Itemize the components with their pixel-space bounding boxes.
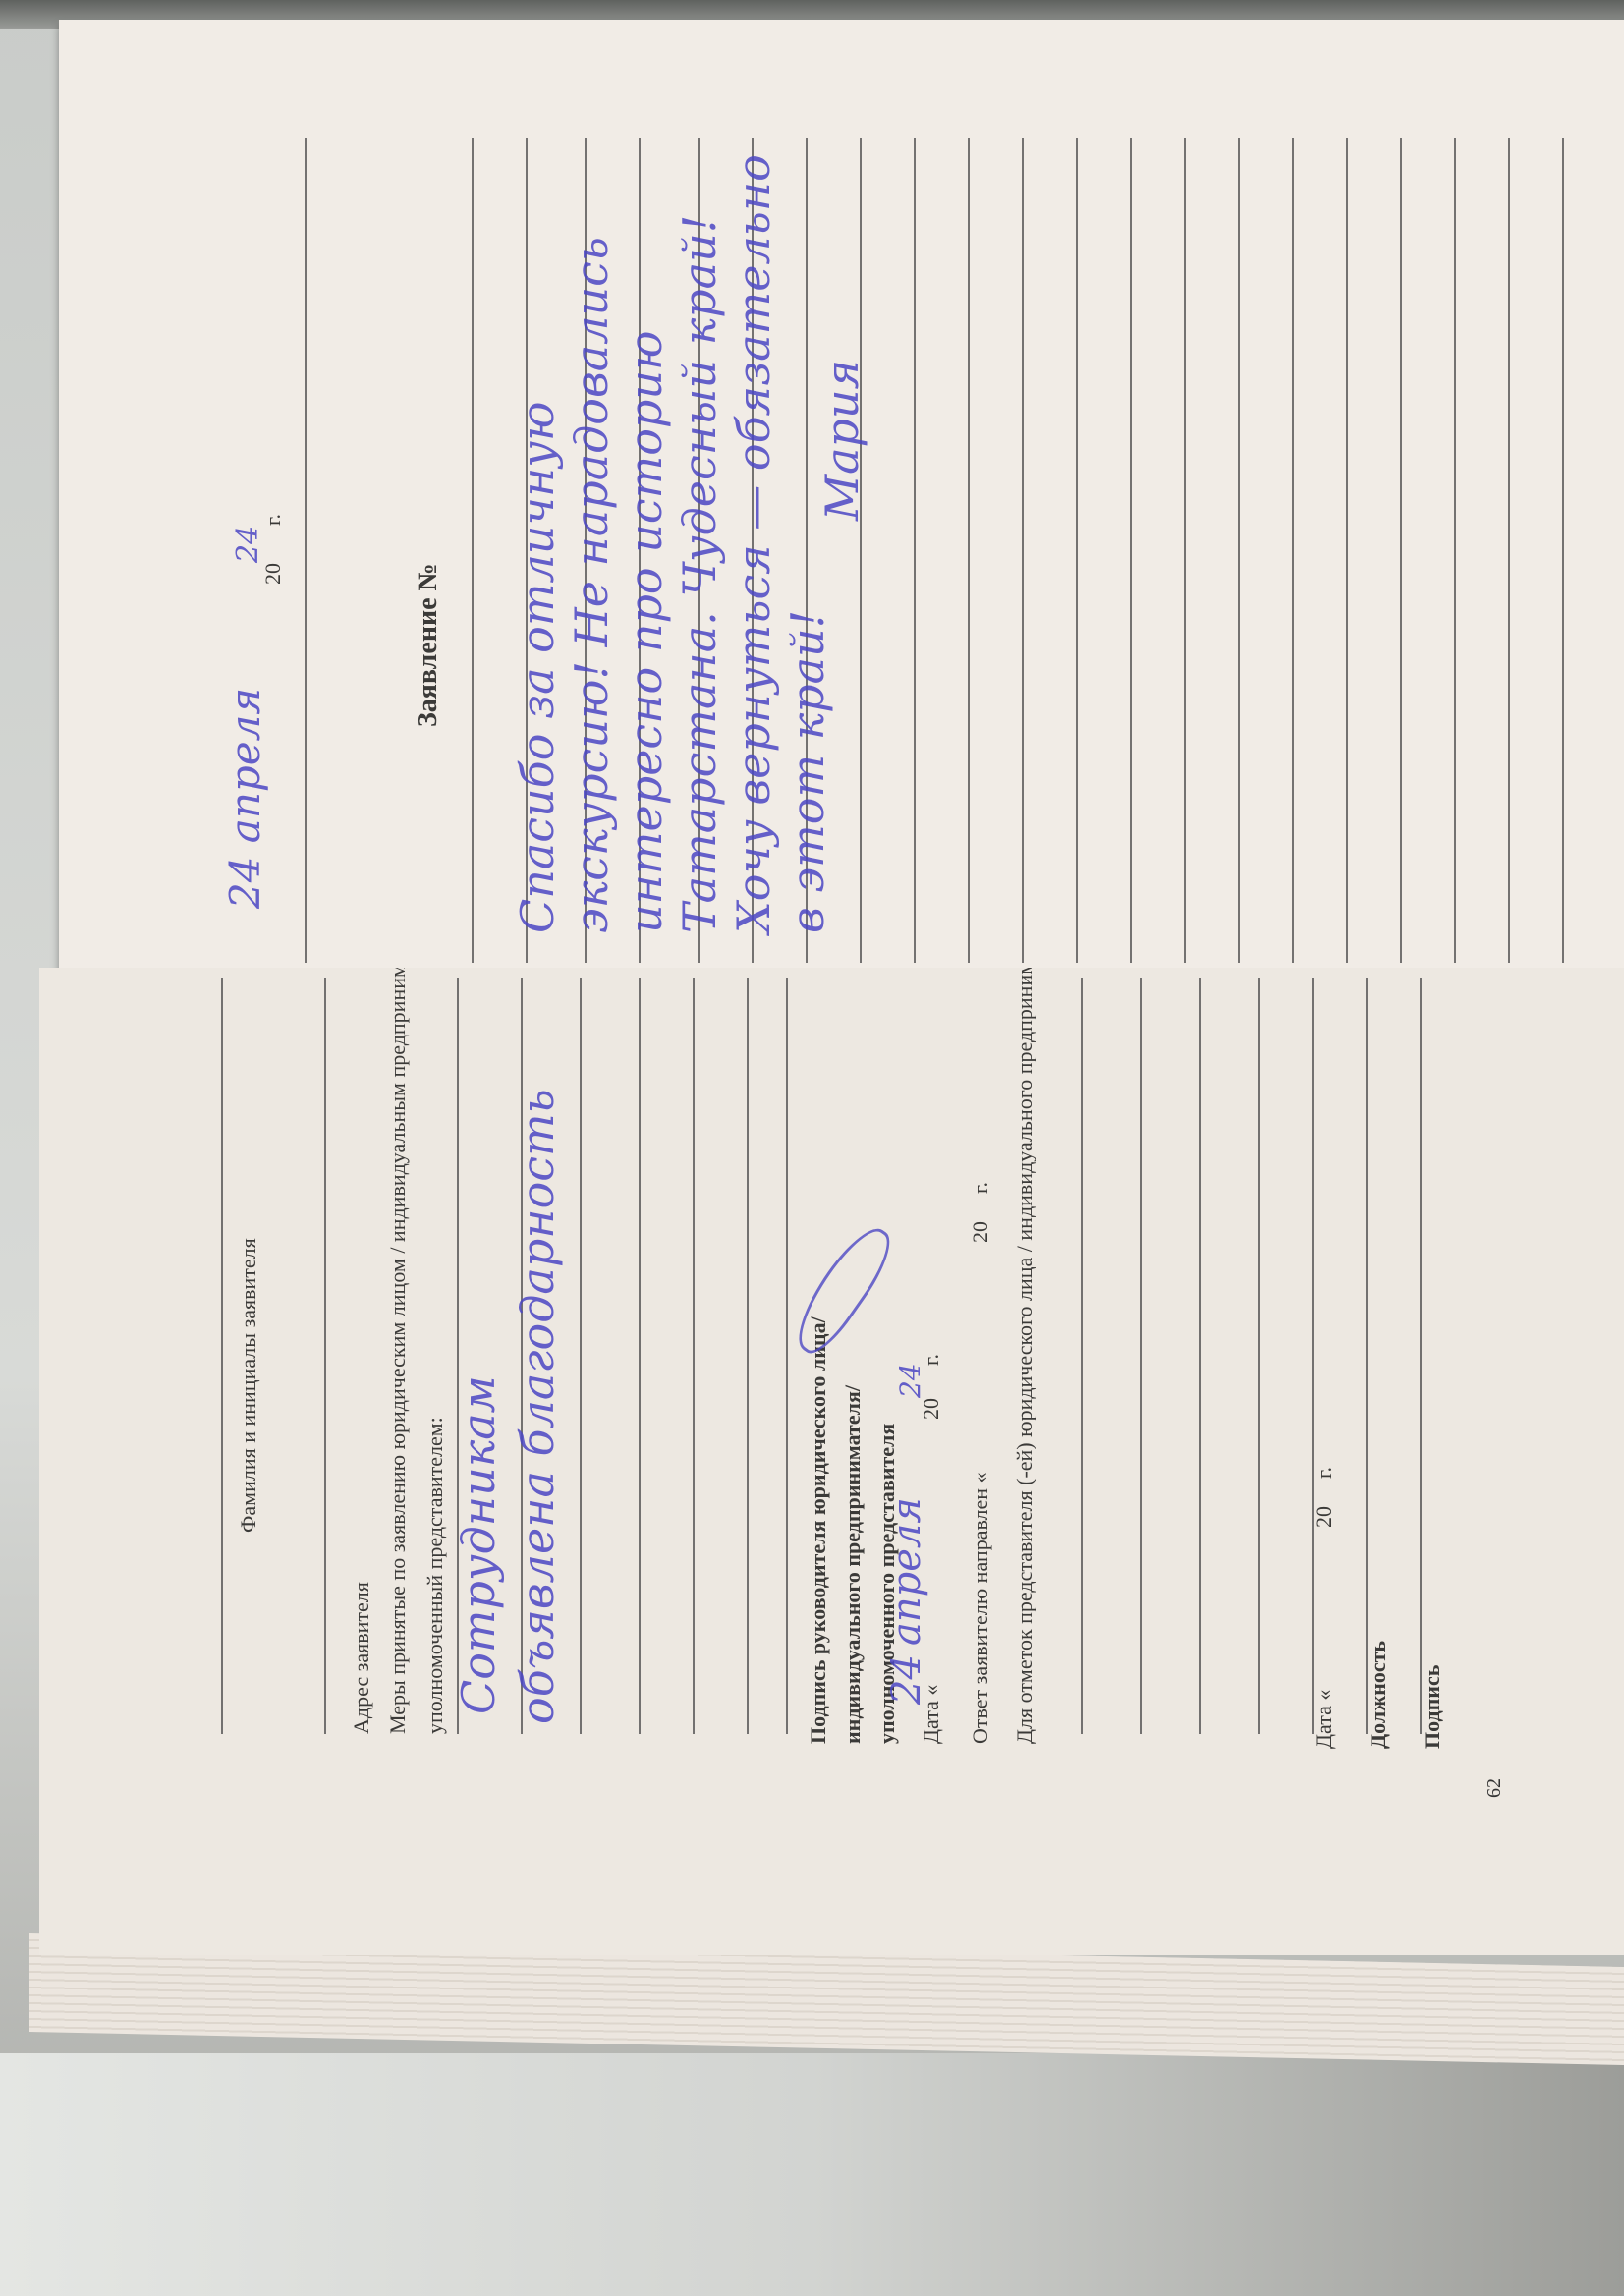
statement-line: Хочу вернуться — обязательно [727,154,780,933]
ruled-line [693,978,695,1734]
position-label: Должность [1366,1641,1391,1749]
ruled-line [747,978,749,1734]
ruled-line [1420,978,1422,1734]
page-62: Фамилия и инициалы заявителя Адрес заяви… [39,968,1624,1955]
ruled-line [1184,138,1186,963]
ruled-line [786,978,788,1734]
ruled-line [1199,978,1201,1734]
ruled-line [1130,138,1132,963]
statement-title: Заявление № [413,563,444,727]
date-month: апреля [884,1497,929,1646]
signature-label-1: Подпись руководителя юридического лица/ [806,1316,831,1744]
ruled-line [1508,138,1510,963]
ruled-line [324,978,326,1734]
statement-line: экскурсию! Не нарадовались [565,237,618,933]
book-spread: 24 апреля 20 24 г. Заявление № Спасибо з… [59,0,1624,1965]
ruled-line [1454,138,1456,963]
statement-line: интересно про историю [619,331,672,933]
sign-label: Подпись [1420,1665,1445,1749]
date-year-unit: г. [260,514,286,526]
ruled-line [639,978,641,1734]
statement-line: Татарстана. Чудесный край! [673,215,726,933]
reply-year-prefix: 20 [968,1221,993,1243]
notes-year-unit: г. [1312,1467,1337,1479]
statement-signature: Мария [815,360,868,521]
page-number-62: 62 [1484,1778,1506,1798]
ruled-line [1140,978,1142,1734]
ruled-line [1292,138,1294,963]
handwritten-date: 24 апреля [221,688,269,909]
date-year-suffix: 24 [894,1363,926,1398]
ruled-line [1076,138,1078,963]
notes-date-label: Дата « [1312,1690,1337,1749]
handwritten-signature [783,1218,902,1362]
scanner-background [0,2053,1624,2296]
page-63: 24 апреля 20 24 г. Заявление № Спасибо з… [59,20,1624,982]
measures-handwritten-1: Сотрудникам [452,1375,505,1714]
ruled-line [968,138,970,963]
ruled-line [1562,138,1564,963]
notes-label: Для отметок представителя (-ей) юридичес… [1012,968,1037,1744]
applicant-address-label: Адрес заявителя [349,1582,374,1734]
date-year-suffix: 24 [231,526,265,563]
ruled-line [1081,978,1083,1734]
ruled-line [1312,978,1314,1734]
reply-year-unit: г. [968,1182,993,1194]
measures-handwritten-2: объявлена благодарность [511,1089,564,1724]
measures-label: Меры принятые по заявлению юридическим л… [385,968,411,1734]
ruled-line [1258,978,1260,1734]
ruled-line [1022,138,1024,963]
ruled-line [914,138,916,963]
ruled-line [305,138,307,963]
date-year-prefix: 20 [260,563,286,585]
measures-label-cont: уполномоченный представителем: [422,1417,448,1734]
ruled-line [1346,138,1348,963]
date-year-prefix: 20 [919,1398,944,1420]
signature-label-2: индивидуального предпринимателя/ [840,1385,866,1744]
statement-line: Спасибо за отличную [511,402,564,934]
date-day: 24 [884,1654,929,1705]
ruled-line [221,978,223,1734]
notes-year-prefix: 20 [1312,1506,1337,1528]
ruled-line [1400,138,1402,963]
ruled-line [860,138,862,963]
ruled-line [1238,138,1240,963]
ruled-line [1366,978,1368,1734]
ruled-line [472,138,474,963]
reply-sent-label: Ответ заявителю направлен « [968,1472,993,1744]
applicant-name-label: Фамилия и инициалы заявителя [236,1238,261,1533]
date-year-unit: г. [919,1354,944,1366]
statement-line: в этот край! [781,610,834,933]
ruled-line [580,978,582,1734]
